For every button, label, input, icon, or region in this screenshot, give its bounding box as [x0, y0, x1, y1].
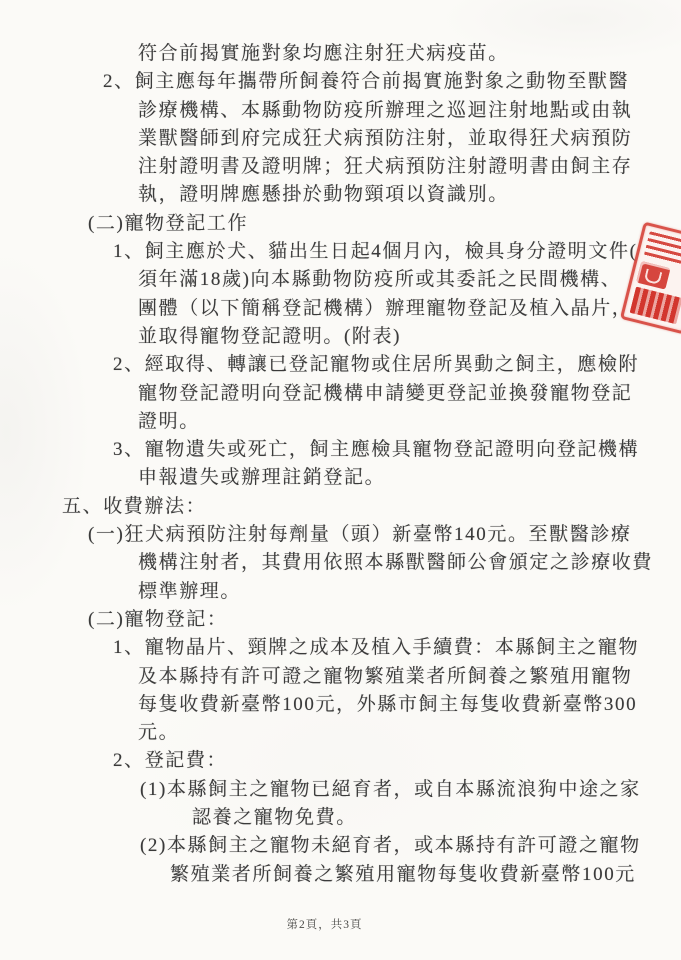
- document-line: 五、收費辦法：: [0, 493, 681, 521]
- document-line: (二)寵物登記：: [0, 606, 681, 634]
- document-line: 1、飼主應於犬、貓出生日起4個月內，檢具身分證明文件(: [0, 238, 681, 266]
- document-line: 每隻收費新臺幣100元，外縣市飼主每隻收費新臺幣300: [0, 691, 681, 719]
- document-line: 2、飼主應每年攜帶所飼養符合前揭實施對象之動物至獸醫: [0, 68, 681, 96]
- document-line: 團體（以下簡稱登記機構）辦理寵物登記及植入晶片，: [0, 295, 681, 323]
- document-line: 元。: [0, 719, 681, 747]
- document-line: (1)本縣飼主之寵物已絕育者，或自本縣流浪狗中途之家: [0, 776, 681, 804]
- document-line: (二)寵物登記工作: [0, 210, 681, 238]
- seal-glyph-block: [636, 261, 670, 290]
- page-footer: 第2頁，共3頁: [0, 916, 665, 932]
- document-line: 診療機構、本縣動物防疫所辦理之巡迴注射地點或由執: [0, 97, 681, 125]
- document-text-block: 符合前揭實施對象均應注射狂犬病疫苗。2、飼主應每年攜帶所飼養符合前揭實施對象之動…: [0, 40, 681, 889]
- document-line: 機構注射者，其費用依照本縣獸醫師公會頒定之診療收費: [0, 549, 681, 577]
- document-line: 寵物登記證明向登記機構申請變更登記並換發寵物登記: [0, 380, 681, 408]
- document-line: 並取得寵物登記證明。(附表): [0, 323, 681, 351]
- document-line: 1、寵物晶片、頸牌之成本及植入手續費：本縣飼主之寵物: [0, 634, 681, 662]
- document-line: 申報遺失或辦理註銷登記。: [0, 464, 681, 492]
- seal-lower-block: [630, 287, 681, 325]
- document-line: 3、寵物遺失或死亡，飼主應檢具寵物登記證明向登記機構: [0, 436, 681, 464]
- document-line: 須年滿18歲)向本縣動物防疫所或其委託之民間機構、: [0, 266, 681, 294]
- document-line: 及本縣持有許可證之寵物繁殖業者所飼養之繁殖用寵物: [0, 663, 681, 691]
- document-line: 證明。: [0, 408, 681, 436]
- document-line: 注射證明書及證明牌；狂犬病預防注射證明書由飼主存: [0, 153, 681, 181]
- document-line: 標準辦理。: [0, 578, 681, 606]
- document-line: (一)狂犬病預防注射每劑量（頭）新臺幣140元。至獸醫診療: [0, 521, 681, 549]
- document-line: 業獸醫師到府完成狂犬病預防注射，並取得狂犬病預防: [0, 125, 681, 153]
- document-line: (2)本縣飼主之寵物未絕育者，或本縣持有許可證之寵物: [0, 832, 681, 860]
- document-line: 2、經取得、轉讓已登記寵物或住居所異動之飼主，應檢附: [0, 351, 681, 379]
- document-line: 符合前揭實施對象均應注射狂犬病疫苗。: [0, 40, 681, 68]
- document-line: 繁殖業者所飼養之繁殖用寵物每隻收費新臺幣100元: [0, 861, 681, 889]
- document-line: 認養之寵物免費。: [0, 804, 681, 832]
- document-line: 執，證明牌應懸掛於動物頸項以資識別。: [0, 181, 681, 209]
- scanned-document-page: 符合前揭實施對象均應注射狂犬病疫苗。2、飼主應每年攜帶所飼養符合前揭實施對象之動…: [0, 0, 681, 960]
- document-line: 2、登記費：: [0, 747, 681, 775]
